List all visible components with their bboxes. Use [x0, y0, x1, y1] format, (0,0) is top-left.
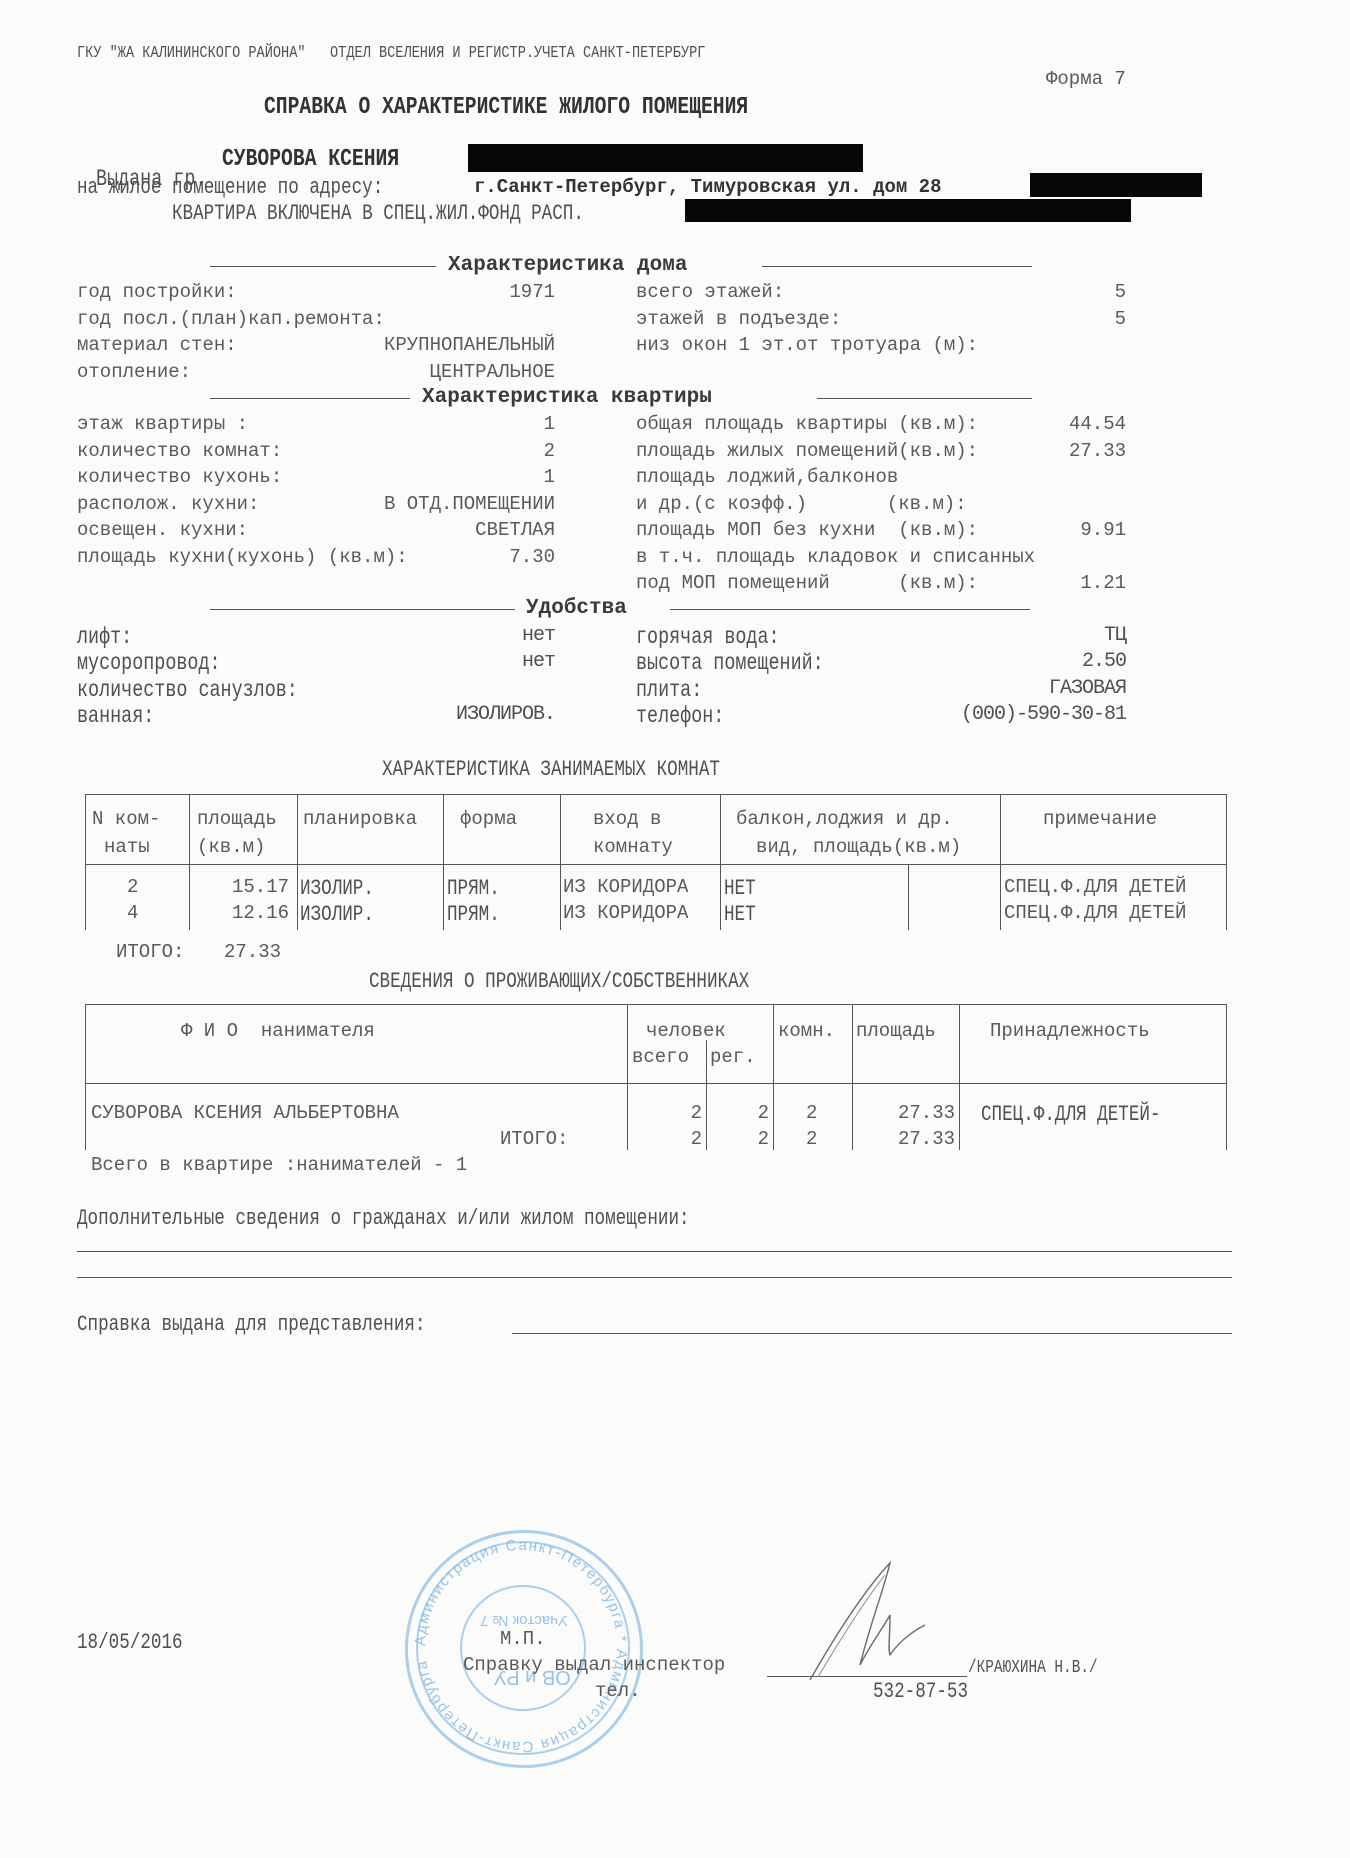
rooms-cell-balcony: НЕТ — [724, 902, 756, 927]
rooms-cell-entrance: ИЗ КОРИДОРА — [563, 876, 688, 898]
residents-column-header: комн. — [778, 1020, 835, 1042]
residents-cell-area: 27.33 — [852, 1128, 955, 1150]
rooms-cell-note: СПЕЦ.Ф.ДЛЯ ДЕТЕЙ — [1004, 902, 1186, 924]
rooms-cell-area: 15.17 — [189, 876, 289, 898]
apartment-field-value: 1 — [255, 413, 555, 435]
amenity-field-label: количество санузлов: — [77, 677, 298, 703]
amenity-field-value: ГАЗОВАЯ — [826, 677, 1126, 700]
apartment-field-value: 9.91 — [826, 519, 1126, 541]
amenity-field-label: ванная: — [77, 703, 154, 729]
apartment-field-value: СВЕТЛАЯ — [255, 519, 555, 541]
table-column-divider — [297, 794, 298, 930]
divider — [210, 266, 436, 267]
rooms-column-header: (кв.м) — [197, 836, 265, 858]
rooms-column-header: планировка — [303, 808, 417, 830]
house-field-label: год постройки: — [77, 281, 237, 303]
seal-label: М.П. — [500, 1628, 546, 1650]
table-column-divider — [720, 794, 721, 930]
residents-heading: СВЕДЕНИЯ О ПРОЖИВАЮЩИХ/СОБСТВЕННИКАХ — [369, 969, 749, 994]
issue-date: 18/05/2016 — [77, 1630, 183, 1655]
rooms-column-header: балкон,лоджия и др. — [736, 808, 953, 830]
apartment-field-value: В ОТД.ПОМЕЩЕНИИ — [255, 493, 555, 515]
residents-column-header: Принадлежность — [990, 1020, 1150, 1042]
rooms-column-header: вход в — [593, 808, 661, 830]
amenity-field-label: телефон: — [636, 703, 724, 729]
apartment-field-label: в т.ч. площадь кладовок и списанных — [636, 546, 1035, 568]
rooms-cell-entrance: ИЗ КОРИДОРА — [563, 902, 688, 924]
residents-cell-ownership: СПЕЦ.Ф.ДЛЯ ДЕТЕЙ- — [981, 1102, 1161, 1127]
apartment-field-value: 1.21 — [826, 572, 1126, 594]
amenity-field-label: лифт: — [77, 624, 132, 650]
rooms-cell-note: СПЕЦ.Ф.ДЛЯ ДЕТЕЙ — [1004, 876, 1186, 898]
address-label: на жилое помещение по адресу: — [77, 175, 383, 200]
apartment-field-label: количество кухонь: — [77, 466, 282, 488]
redacted-block — [685, 199, 1131, 222]
house-field-label: отопление: — [77, 361, 191, 383]
rooms-cell-form: ПРЯМ. — [447, 902, 500, 927]
apartment-field-label: располож. кухни: — [77, 493, 259, 515]
rooms-cell-layout: ИЗОЛИР. — [300, 902, 374, 927]
apartment-field-label: площадь лоджий,балконов — [636, 466, 898, 488]
rooms-total-value: 27.33 — [224, 941, 281, 963]
rooms-column-header: примечание — [1043, 808, 1157, 830]
fund-note: КВАРТИРА ВКЛЮЧЕНА В СПЕЦ.ЖИЛ.ФОНД РАСП. — [172, 201, 584, 226]
house-field-label: низ окон 1 эт.от тротуара (м): — [636, 334, 978, 356]
amenity-field-label: горячая вода: — [636, 624, 780, 650]
apartment-field-label: этаж квартиры : — [77, 413, 248, 435]
house-field-value: ЦЕНТРАЛЬНОЕ — [255, 361, 555, 383]
residents-column-header: Ф И О нанимателя — [181, 1020, 375, 1042]
divider — [210, 398, 410, 399]
table-column-divider — [908, 864, 909, 930]
table-column-divider — [959, 1004, 960, 1150]
table-column-divider — [773, 1004, 774, 1150]
house-field-value: 1971 — [255, 281, 555, 303]
amenity-field-value: (000)-590-30-81 — [826, 703, 1126, 726]
residents-column-header: человек — [646, 1020, 726, 1042]
form-number: Форма 7 — [1046, 68, 1126, 90]
residents-cell-rooms: 2 — [806, 1102, 817, 1124]
recipient-name: СУВОРОВА КСЕНИЯ — [222, 146, 399, 173]
residents-column-header: всего — [632, 1046, 689, 1068]
section-apartment-heading: Характеристика квартиры — [422, 386, 712, 409]
apartment-field-label: и др.(с коэфф.) (кв.м): — [636, 493, 967, 515]
table-column-divider — [85, 794, 86, 930]
rooms-column-header: N ком- — [92, 808, 160, 830]
issued-by-label: Справку выдал инспектор — [463, 1654, 725, 1676]
table-header-divider — [85, 864, 1226, 865]
house-field-value: 5 — [826, 308, 1126, 330]
apartment-field-value: 2 — [255, 440, 555, 462]
table-column-divider — [1000, 794, 1001, 930]
additional-info-line-1[interactable] — [77, 1251, 1232, 1252]
table-border-top — [85, 1004, 1226, 1005]
apartment-field-value: 1 — [255, 466, 555, 488]
additional-info-line-2[interactable] — [77, 1277, 1232, 1278]
apartment-field-label: количество комнат: — [77, 440, 282, 462]
residents-cell-area: 27.33 — [852, 1102, 955, 1124]
section-amenities-heading: Удобства — [526, 597, 627, 620]
amenity-field-value: нет — [255, 650, 555, 673]
rooms-cell-balcony: НЕТ — [724, 876, 756, 901]
apartment-field-value: 44.54 — [826, 413, 1126, 435]
amenity-field-label: мусоропровод: — [77, 650, 221, 676]
rooms-cell-number: 2 — [127, 876, 138, 898]
amenity-field-label: плита: — [636, 677, 702, 703]
amenity-field-value: ТЦ — [826, 624, 1126, 647]
table-header-divider — [85, 1083, 1226, 1084]
residents-total-label: ИТОГО: — [500, 1128, 568, 1150]
table-column-divider — [560, 794, 561, 930]
amenity-field-value: ИЗОЛИРОВ. — [255, 703, 555, 726]
rooms-cell-layout: ИЗОЛИР. — [300, 876, 374, 901]
presented-to-line[interactable] — [512, 1333, 1232, 1334]
divider — [762, 266, 1032, 267]
rooms-column-header: комнату — [593, 836, 673, 858]
apartment-field-value: 27.33 — [826, 440, 1126, 462]
organization-header: ГКУ "ЖА КАЛИНИНСКОГО РАЙОНА" ОТДЕЛ ВСЕЛЕ… — [77, 44, 705, 63]
table-border-top — [85, 794, 1226, 795]
signature-icon — [790, 1555, 940, 1685]
address-value: г.Санкт-Петербург, Тимуровская ул. дом 2… — [474, 176, 941, 198]
table-column-divider — [1226, 794, 1227, 930]
residents-cell-reg: 2 — [706, 1128, 769, 1150]
residents-cell-total: 2 — [627, 1128, 702, 1150]
rooms-heading: ХАРАКТЕРИСТИКА ЗАНИМАЕМЫХ КОМНАТ — [382, 757, 720, 782]
stamp-inner-text: Участок № 7 — [480, 1612, 568, 1629]
rooms-cell-area: 12.16 — [189, 902, 289, 924]
divider — [817, 398, 1032, 399]
redacted-block — [1030, 173, 1202, 197]
page-title: СПРАВКА О ХАРАКТЕРИСТИКЕ ЖИЛОГО ПОМЕЩЕНИ… — [264, 94, 748, 121]
rooms-total-label: ИТОГО: — [116, 941, 184, 963]
additional-info-label: Дополнительные сведения о гражданах и/ил… — [77, 1206, 690, 1231]
house-field-label: материал стен: — [77, 334, 237, 356]
house-field-label: год посл.(план)кап.ремонта: — [77, 308, 385, 330]
house-field-label: этажей в подъезде: — [636, 308, 841, 330]
apartment-field-value: 7.30 — [255, 546, 555, 568]
rooms-column-header: вид, площадь(кв.м) — [756, 836, 961, 858]
apartment-field-label: освещен. кухни: — [77, 519, 248, 541]
table-column-divider — [1226, 1004, 1227, 1150]
rooms-cell-form: ПРЯМ. — [447, 876, 500, 901]
house-field-value: КРУПНОПАНЕЛЬНЫЙ — [255, 334, 555, 356]
residents-column-header: площадь — [856, 1020, 936, 1042]
inspector-name: /КРАЮХИНА Н.В./ — [968, 1658, 1098, 1678]
divider — [670, 609, 1030, 610]
amenity-field-value: 2.50 — [826, 650, 1126, 673]
residents-cell-reg: 2 — [706, 1102, 769, 1124]
redacted-block — [468, 144, 863, 172]
residents-cell-total: 2 — [627, 1102, 702, 1124]
section-house-heading: Характеристика дома — [448, 254, 687, 277]
residents-cell-name: СУВОРОВА КСЕНИЯ АЛЬБЕРТОВНА — [91, 1102, 399, 1124]
rooms-column-header: площадь — [197, 808, 277, 830]
divider — [210, 609, 515, 610]
residents-summary: Всего в квартире :нанимателей - 1 — [91, 1154, 467, 1176]
amenity-field-value: нет — [255, 624, 555, 647]
house-field-value: 5 — [826, 281, 1126, 303]
rooms-column-header: наты — [104, 836, 150, 858]
rooms-column-header: форма — [460, 808, 517, 830]
residents-cell-rooms: 2 — [806, 1128, 817, 1150]
house-field-label: всего этажей: — [636, 281, 784, 303]
residents-column-header: рег. — [710, 1046, 756, 1068]
phone-label: тел. — [595, 1680, 641, 1702]
rooms-cell-number: 4 — [127, 902, 138, 924]
amenity-field-label: высота помещений: — [636, 650, 824, 676]
table-column-divider — [85, 1004, 86, 1150]
table-column-divider — [443, 794, 444, 930]
presented-label: Справка выдана для представления: — [77, 1312, 426, 1337]
phone-number: 532-87-53 — [873, 1679, 968, 1704]
